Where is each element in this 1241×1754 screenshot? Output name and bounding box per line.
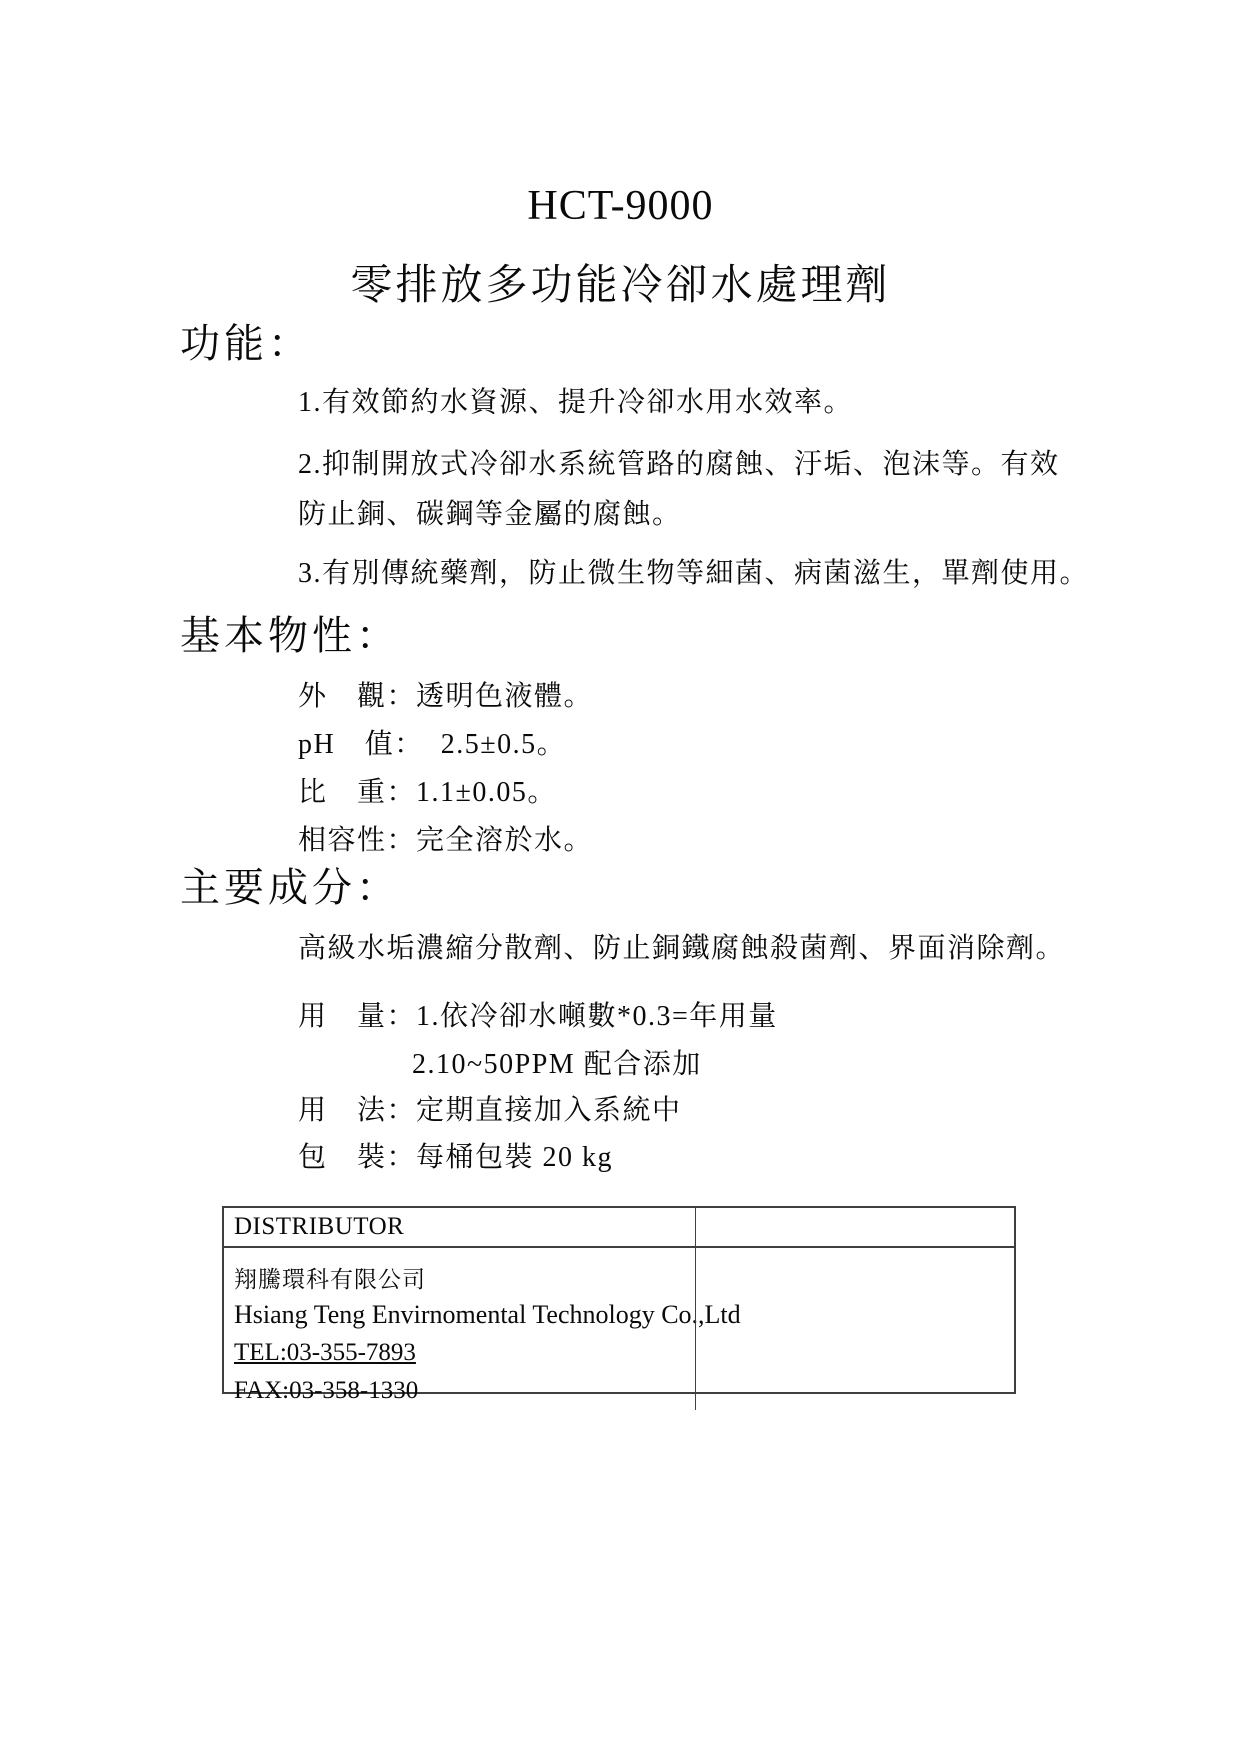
dosage-line-1: 用 量：1.依冷卻水噸數*0.3=年用量 [298, 994, 778, 1034]
section-heading-properties: 基本物性： [180, 604, 400, 661]
usage-line: 用 法：定期直接加入系統中 [298, 1088, 682, 1128]
property-line-compatibility: 相容性：完全溶於水。 [298, 818, 593, 858]
function-line-2-continued: 防止銅、碳鋼等金屬的腐蝕。 [298, 492, 682, 532]
function-line-3: 3.有別傳統藥劑，防止微生物等細菌、病菌滋生，單劑使用。 [298, 551, 1089, 591]
section-heading-ingredients: 主要成分： [180, 856, 400, 913]
ingredients-description: 高級水垢濃縮分散劑、防止銅鐵腐蝕殺菌劑、界面消除劑。 [298, 926, 1065, 966]
distributor-company-name-en: Hsiang Teng Envirnomental Technology Co.… [234, 1296, 685, 1334]
distributor-fax-line: FAX:03-358-1330 [234, 1372, 685, 1410]
document-page: HCT-9000 零排放多功能冷卻水處理劑 功能： 1.有效節約水資源、提升冷卻… [0, 0, 1241, 1754]
property-line-specific-gravity: 比 重：1.1±0.05。 [298, 770, 557, 810]
property-line-ph: pH 值： 2.5±0.5。 [298, 722, 566, 762]
distributor-header-cell: DISTRIBUTOR [224, 1208, 695, 1248]
packaging-line: 包 裝：每桶包裝 20 kg [298, 1135, 613, 1175]
distributor-info-cell: 翔騰環科有限公司 Hsiang Teng Envirnomental Techn… [224, 1248, 695, 1410]
document-subtitle: 零排放多功能冷卻水處理劑 [0, 252, 1241, 312]
property-line-appearance: 外 觀：透明色液體。 [298, 674, 593, 714]
function-line-1: 1.有效節約水資源、提升冷卻水用水效率。 [298, 380, 853, 420]
distributor-empty-side-cell [695, 1248, 1014, 1410]
section-heading-function: 功能： [180, 312, 312, 369]
distributor-company-name-zh: 翔騰環科有限公司 [234, 1258, 685, 1296]
function-line-2: 2.抑制開放式冷卻水系統管路的腐蝕、汙垢、泡沫等。有效 [298, 442, 1060, 482]
dosage-line-2: 2.10~50PPM 配合添加 [412, 1042, 702, 1082]
distributor-tel-line: TEL:03-355-7893 [234, 1334, 685, 1372]
distributor-header-empty-cell [695, 1208, 1014, 1248]
document-title: HCT-9000 [0, 182, 1241, 230]
distributor-table: DISTRIBUTOR 翔騰環科有限公司 Hsiang Teng Envirno… [222, 1206, 1016, 1394]
